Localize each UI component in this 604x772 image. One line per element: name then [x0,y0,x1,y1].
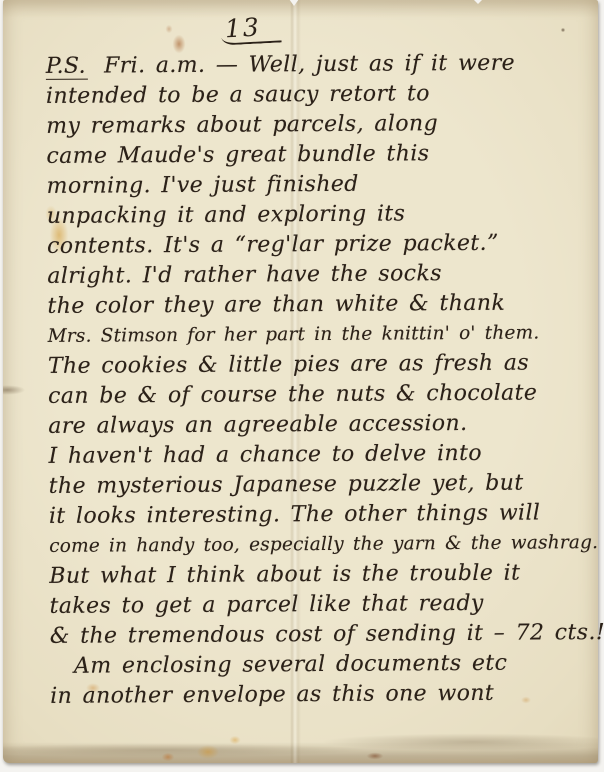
letter-line-text: Fri. a.m. — Well, just as if it were [104,51,515,79]
letter-line: my remarks about parcels, along [46,108,594,142]
page-number: 13 [220,11,281,45]
letter-line: the color they are than white & thank [47,288,595,322]
letter-line: unpacking it and exploring its [47,198,595,232]
letter-line: can be & of course the nuts & chocolate [48,378,596,412]
letter-line: takes to get a parcel like that ready [49,588,597,622]
letter-line: it looks interesting. The other things w… [49,498,597,532]
letter-body: P.S.Fri. a.m. — Well, just as if it were… [46,48,599,712]
letter-line: are always an agreeable accession. [48,408,596,442]
letter-line: the mysterious Japanese puzzle yet, but [49,468,597,502]
letter-line: & the tremendous cost of sending it – 72… [50,618,598,652]
letter-line: Am enclosing several documents etc [50,648,598,682]
letter-line: Mrs. Stimson for her part in the knittin… [48,318,596,352]
letter-line: But what I think about is the trouble it [49,558,597,592]
letter-line: in another envelope as this one wont [50,678,598,712]
letter-line: The cookies & little pies are as fresh a… [48,348,596,382]
letter-line: intended to be a saucy retort to [46,78,594,112]
letter-line: contents. It's a “reg'lar prize packet.” [47,228,595,262]
letter-line: P.S.Fri. a.m. — Well, just as if it were [46,48,594,82]
letter-line: I haven't had a chance to delve into [48,438,596,472]
postscript-label: P.S. [46,54,88,80]
letter-line: morning. I've just finished [47,168,595,202]
letter-line: come in handy too, especially the yarn &… [49,528,597,562]
letter-line: alright. I'd rather have the socks [47,258,595,292]
letter-scan: 13 P.S.Fri. a.m. — Well, just as if it w… [0,0,604,772]
letter-line: came Maude's great bundle this [46,138,594,172]
